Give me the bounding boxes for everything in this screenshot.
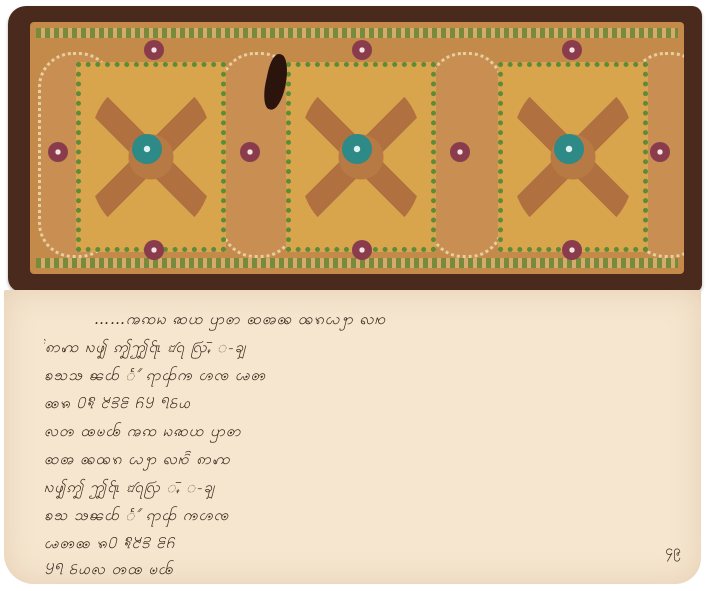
rose-inlay-icon	[650, 142, 670, 162]
script-line: ꧺꧻ ꧼꧽꧾ ꩠꩡ ꩢꩣꩤ ꩥꩦ	[44, 422, 681, 444]
gilded-panel	[30, 22, 684, 274]
script-line: ꩧꩨ ꩩꩪꩫ ꩬꩭ ꩮꩯꩰ ꩱꩲ	[44, 450, 681, 472]
script-line: ꧠꧡ ꧢꧣꧤ ꧥꧦ ꧧꧨ ꧩꧪꧫ	[44, 506, 681, 528]
script-line: ꧮꧯ ꧰꧱ ꧲꧳꧴ ꧵꧶ ꧷꧸꧹	[44, 394, 681, 416]
manuscript-page: ……ꩠꩡꩢ ꩣꩤ ꩥꩦ ꩧꩨꩩ ꩪꩫꩬꩭ ꩮꩯ ꩰꩱꩲ ꩳꩴ ꩵꩶ꩷ ꩸꩹ ꩺꩻ…	[4, 290, 701, 584]
teal-inlay-icon	[554, 134, 584, 164]
rose-inlay-icon	[144, 40, 164, 60]
rose-inlay-icon	[562, 240, 582, 260]
rose-inlay-icon	[450, 142, 470, 162]
script-line: ꧠꧡꧢ ꧣꧤ ꧥꧦ ꧧꧨꧩ ꧪꧫ ꧬꧭ	[44, 366, 681, 388]
rose-inlay-icon	[352, 40, 372, 60]
dotted-border-bottom	[36, 258, 678, 268]
teal-inlay-icon	[132, 134, 162, 164]
script-line: ……ꩠꩡꩢ ꩣꩤ ꩥꩦ ꩧꩨꩩ ꩪꩫꩬꩭ ꩮꩯ	[94, 310, 681, 332]
rose-inlay-icon	[562, 40, 582, 60]
rose-inlay-icon	[144, 240, 164, 260]
script-line: ꩰꩱꩲ ꩳꩴ ꩵꩶ꩷ ꩸꩹ ꩺꩻꩼ ꩽꩾ	[44, 338, 681, 360]
rose-inlay-icon	[352, 240, 372, 260]
script-line: ꧶꧷ ꧸꧹ꧺ ꧻꧼ ꧽꧾ	[44, 560, 611, 582]
rose-inlay-icon	[240, 142, 260, 162]
dotted-border-top	[36, 28, 678, 38]
lacquer-cover	[8, 6, 702, 292]
script-line: ꧬꧭꧮ ꧯ꧰ ꧱꧲꧳ ꧴꧵	[44, 534, 681, 556]
script-line: ꩳꩴꩵ ꩶ꩷ ꩸꩹ꩺ ꩻꩼ ꩽꩾ	[44, 478, 681, 500]
teal-inlay-icon	[342, 134, 372, 164]
page-number: ၄၉	[665, 541, 681, 562]
rose-inlay-icon	[48, 142, 68, 162]
